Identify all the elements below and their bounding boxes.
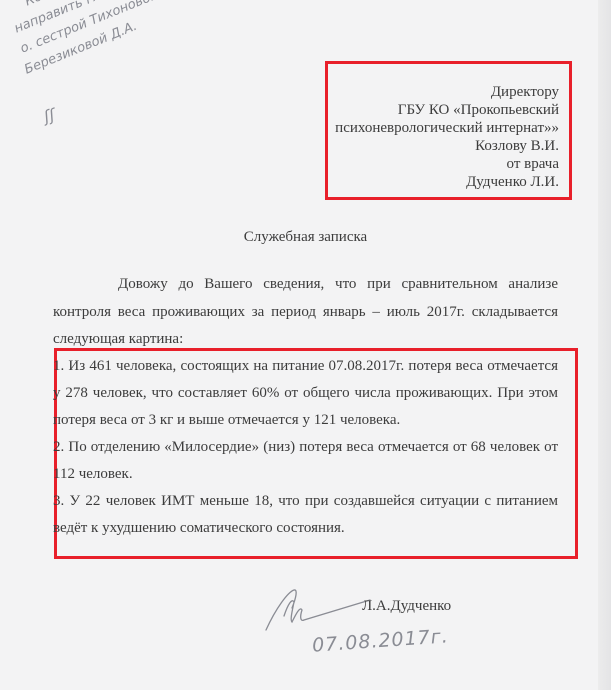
- addressee-block: Директору ГБУ КО «Прокопьевский психонев…: [335, 83, 559, 191]
- intro-paragraph: Довожу до Вашего сведения, что при сравн…: [53, 271, 558, 354]
- addressee-line: Дудченко Л.И.: [335, 173, 559, 191]
- findings-list: 1. Из 461 человека, состоящих на питание…: [53, 353, 558, 542]
- page-edge: [598, 0, 611, 690]
- finding-item: 3. У 22 человек ИМТ меньше 18, что при с…: [53, 488, 558, 542]
- handwritten-resolution: Копии направить гл. в-ру о. сестрой Тихо…: [0, 0, 212, 152]
- finding-item: 2. По отделению «Милосердие» (низ) потер…: [53, 434, 558, 488]
- addressee-line: Директору: [335, 83, 559, 101]
- signer-name: Л.А.Дудченко: [362, 598, 451, 615]
- addressee-line: Козлову В.И.: [335, 137, 559, 155]
- intro-paragraph-block: Довожу до Вашего сведения, что при сравн…: [53, 271, 558, 354]
- addressee-line: от врача: [335, 155, 559, 173]
- document-title: Служебная записка: [0, 229, 611, 246]
- addressee-line: ГБУ КО «Прокопьевский: [335, 101, 559, 119]
- signature-scribble: [262, 586, 372, 636]
- addressee-line: психоневрологический интернат»»: [335, 119, 559, 137]
- finding-item: 1. Из 461 человека, состоящих на питание…: [53, 353, 558, 434]
